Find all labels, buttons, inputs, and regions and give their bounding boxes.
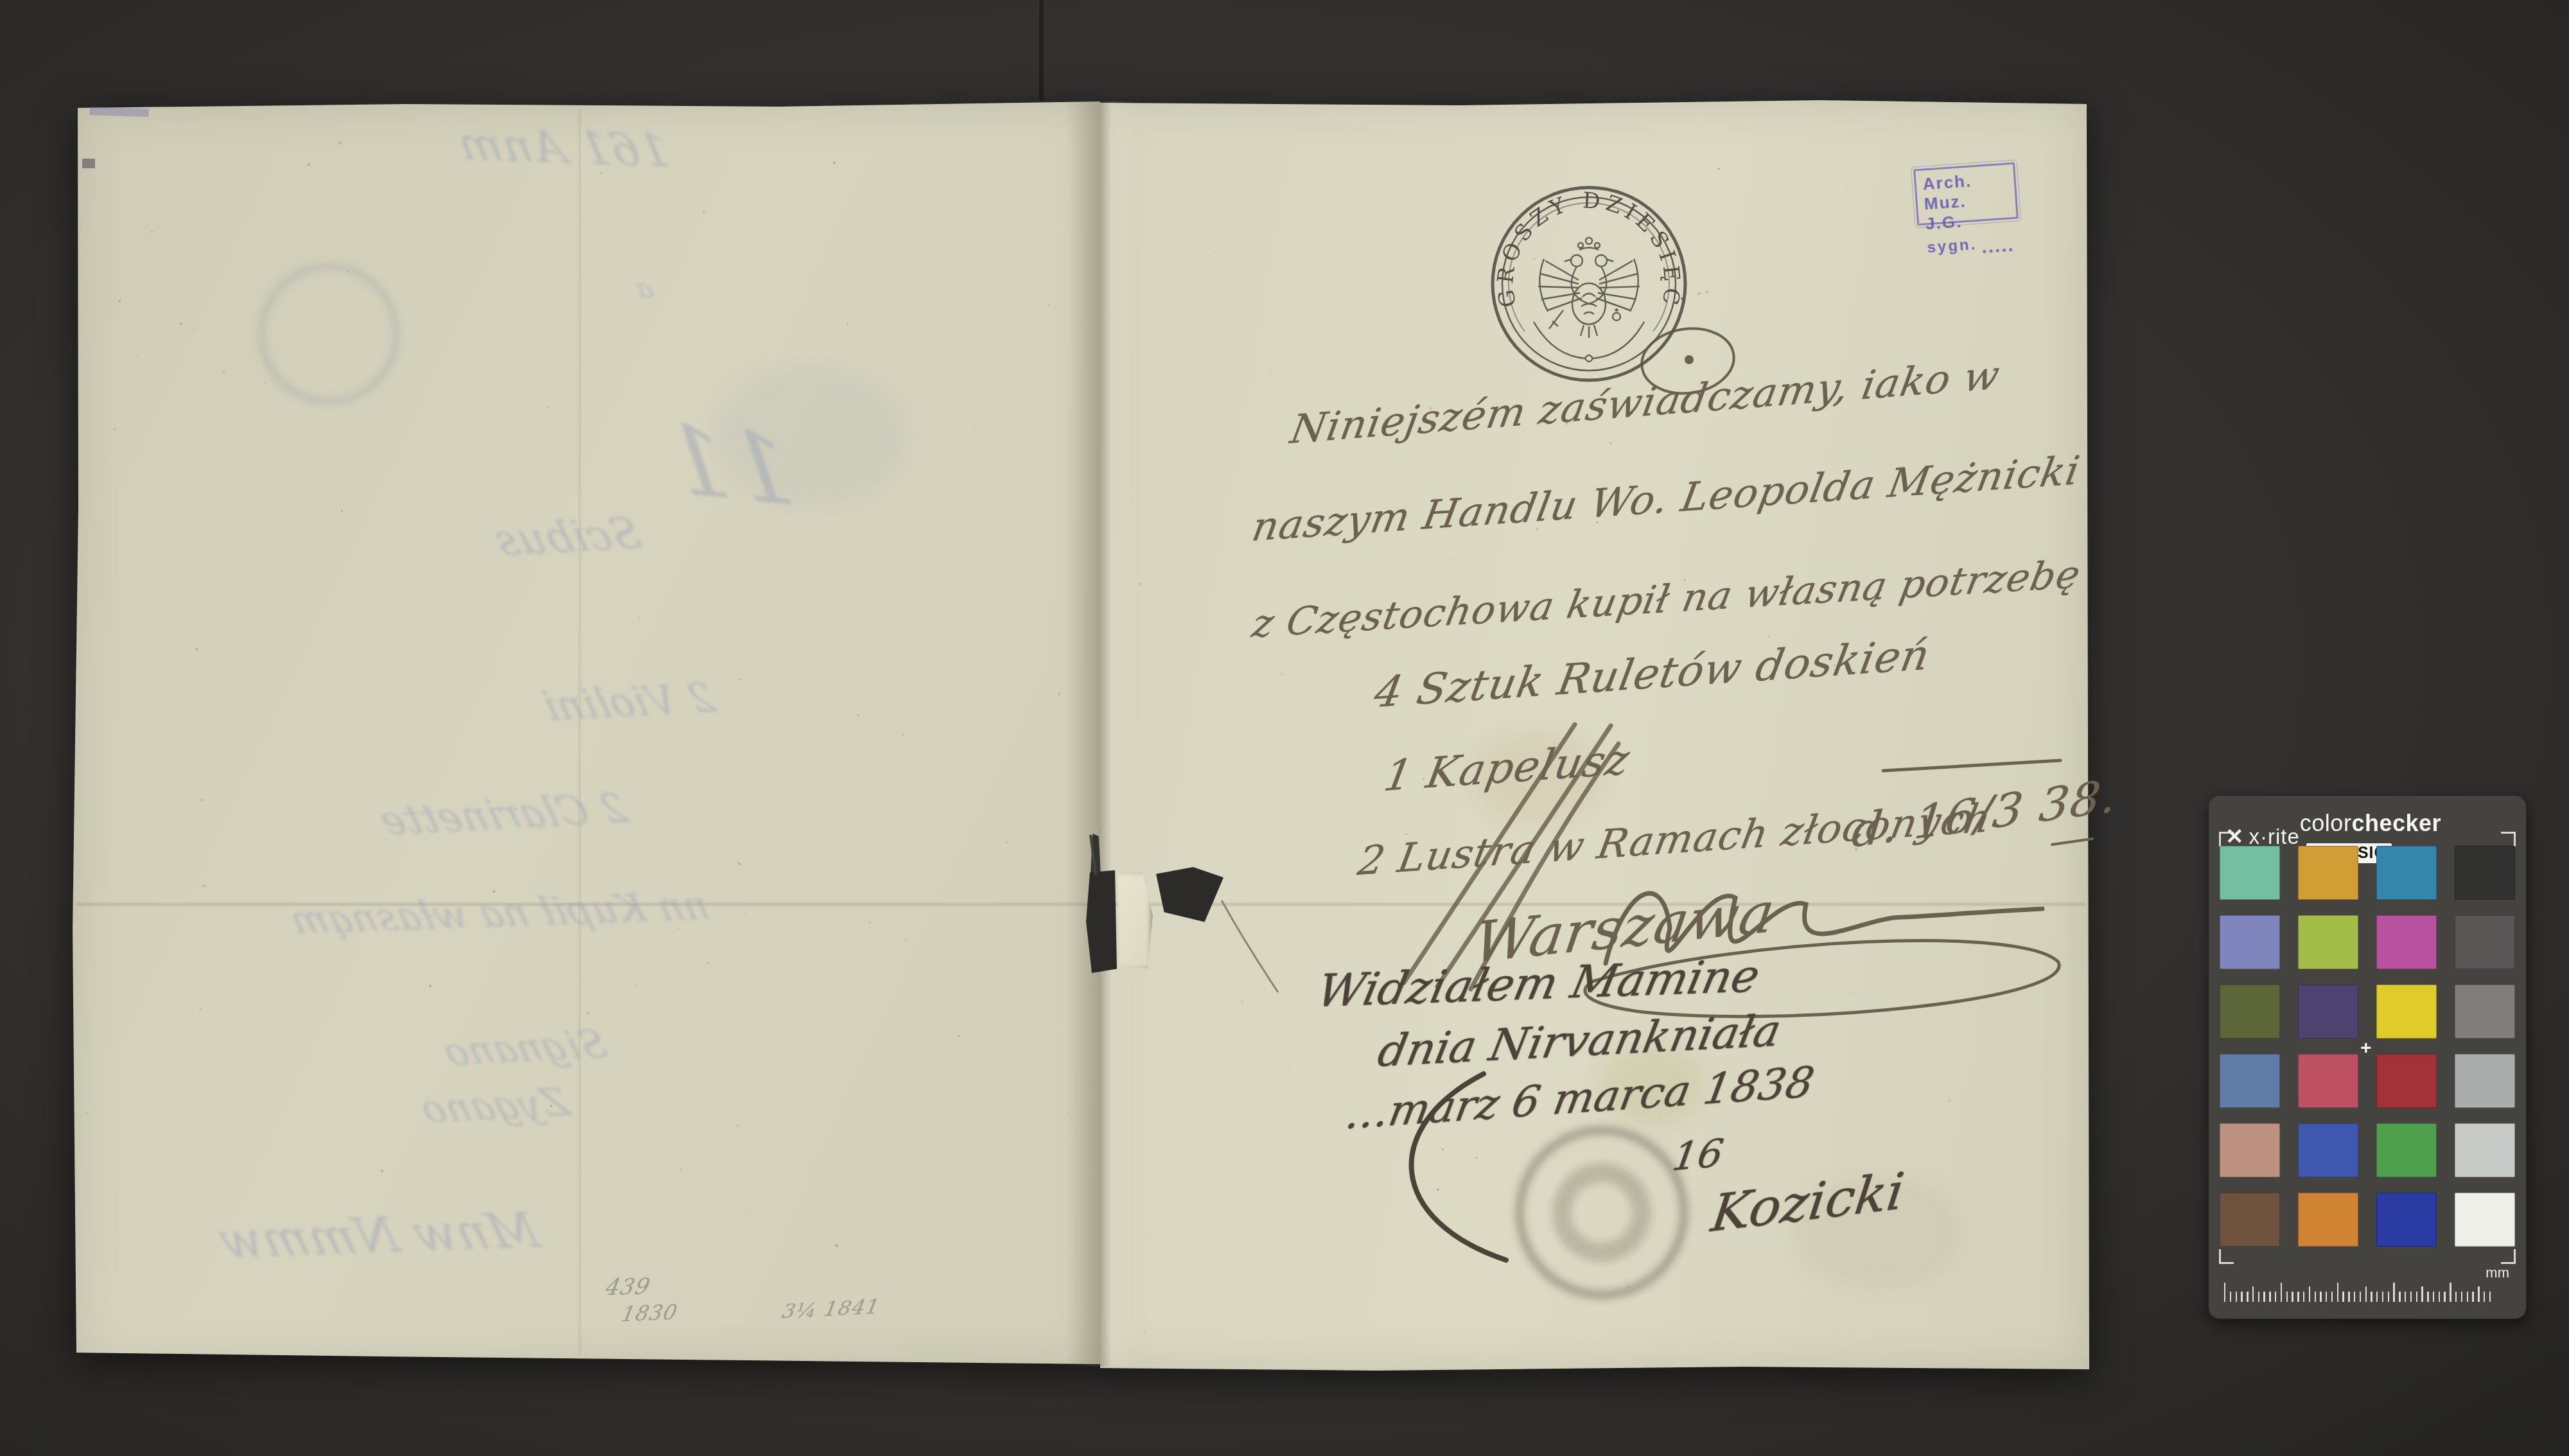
color-patch-orange	[2298, 1193, 2358, 1247]
pencil-note: 3¼ 1841	[780, 1296, 882, 1322]
ruler-tick	[2489, 1292, 2491, 1302]
paper-speck	[587, 1012, 590, 1014]
archive-stamp-line1: Arch. Muz. J.G.	[1922, 168, 2011, 234]
paper-speck	[195, 648, 198, 651]
paper-speck	[1706, 291, 1708, 293]
ruler-tick	[2467, 1292, 2468, 1302]
center-cross-mark: +	[2360, 1039, 2372, 1058]
ghost-line: 161 Anm	[453, 121, 674, 173]
scan-canvas: { "scene": { "backdrop_color": "#32312f"…	[0, 0, 2569, 1456]
ruler-tick	[2439, 1292, 2440, 1302]
ruler-tick	[2354, 1292, 2355, 1302]
corner-mark	[2501, 1249, 2516, 1264]
paper-speck	[341, 510, 343, 512]
color-patch-blue	[2376, 1193, 2437, 1247]
ruler-tick	[2427, 1292, 2428, 1302]
ghost-line: Mnw Nmmw	[213, 1206, 545, 1265]
ruler-tick	[2258, 1292, 2259, 1302]
ruler-tick	[2421, 1286, 2423, 1302]
ruler-tick	[2286, 1292, 2288, 1302]
ruler-tick	[2269, 1292, 2270, 1302]
ruler-tick	[2360, 1292, 2361, 1302]
ruler-tick	[2281, 1283, 2282, 1302]
ruler	[2224, 1279, 2494, 1302]
color-patch-moderate-red	[2298, 1054, 2358, 1108]
ruler-tick	[2433, 1292, 2434, 1302]
ghost-line: Signano	[439, 1024, 611, 1071]
color-patch-bluish-green	[2220, 846, 2280, 900]
paper-speck	[1609, 442, 1612, 444]
ruler-tick	[2247, 1292, 2248, 1302]
paper-speck	[902, 734, 904, 736]
archive-stamp: Arch. Muz. J.G. sygn.	[1913, 162, 2019, 226]
ruler-tick	[2263, 1292, 2265, 1302]
corner-mark	[2219, 832, 2234, 846]
ruler-tick	[2478, 1286, 2479, 1302]
color-patch-neutral-8	[2455, 1123, 2515, 1177]
paper-speck	[737, 1125, 739, 1127]
paper-speck	[1139, 583, 1142, 585]
ghost-line: 2 Violini	[538, 678, 720, 727]
ruler-tick	[2410, 1292, 2412, 1302]
paper-speck	[1281, 674, 1283, 675]
corner-mark	[2219, 1249, 2234, 1264]
paper-speck	[193, 328, 194, 329]
pencil-note: 439	[604, 1276, 653, 1299]
backdrop-seam	[1039, 0, 1044, 100]
color-patch-red	[2376, 1054, 2437, 1108]
fold-shadow	[1067, 101, 1139, 1367]
ruler-tick	[2444, 1292, 2445, 1302]
ruler-tick	[2230, 1292, 2231, 1302]
color-patch-green	[2376, 1123, 2437, 1177]
paper-speck	[706, 962, 708, 964]
paper-speck	[1060, 1152, 1061, 1153]
paper-speck	[639, 617, 640, 618]
ruler-tick	[2484, 1292, 2485, 1302]
color-patch-dark-skin	[2220, 1193, 2280, 1247]
color-patch-blue-sky	[2220, 1054, 2280, 1108]
ruler-tick	[2376, 1292, 2378, 1302]
ruler-tick	[2416, 1292, 2417, 1302]
color-patch-orange-yellow	[2298, 846, 2358, 900]
paper-speck	[86, 1112, 88, 1114]
ghost-line: Zygano	[416, 1083, 574, 1129]
color-patch-light-skin	[2220, 1123, 2280, 1177]
ruler-tick	[2326, 1292, 2327, 1302]
ruler-tick	[2472, 1292, 2473, 1302]
imperial-eagle	[1534, 238, 1644, 362]
ruler-tick	[2241, 1292, 2242, 1302]
paper-speck	[339, 142, 342, 145]
ruler-tick	[2275, 1292, 2276, 1302]
color-patch-neutral-3-5	[2455, 915, 2515, 969]
paper-speck	[223, 371, 224, 373]
ruler-tick	[2405, 1292, 2406, 1302]
paper-speck	[1048, 304, 1050, 306]
ruler-tick	[2315, 1292, 2316, 1302]
colorchecker-card: ✕ x·rite colorcheckerCLASSIC + mm	[2208, 795, 2527, 1319]
color-patch-black	[2455, 846, 2515, 900]
ruler-tick	[2224, 1283, 2225, 1302]
color-patch-neutral-6-5	[2455, 1054, 2515, 1108]
paper-speck	[703, 210, 705, 213]
ruler-tick	[2309, 1286, 2310, 1302]
paper-speck	[1058, 692, 1060, 695]
paper-speck	[203, 884, 206, 887]
color-patch-yellow-green	[2298, 915, 2358, 969]
color-patch-purple	[2298, 985, 2358, 1039]
color-patch-neutral-5	[2455, 985, 2515, 1039]
paper-speck	[1948, 1100, 1951, 1102]
color-patch-foliage	[2220, 985, 2280, 1039]
paper-speck	[114, 428, 116, 430]
paper-speck	[846, 322, 848, 324]
crease-vertical	[579, 109, 581, 1355]
ruler-tick	[2337, 1283, 2338, 1302]
ruler-tick	[2393, 1283, 2394, 1302]
paper-speck	[1270, 370, 1272, 371]
color-patch-yellow	[2376, 985, 2437, 1039]
paper-speck	[101, 1197, 102, 1198]
revenue-stamp: GROSZY DZIESIĘĆ	[1489, 184, 1689, 387]
ruler-tick	[2388, 1292, 2389, 1302]
ruler-tick	[2252, 1286, 2254, 1302]
ruler-tick	[2331, 1292, 2333, 1302]
ruler-tick	[2292, 1292, 2293, 1302]
paper-speck	[749, 1209, 750, 1211]
color-patch-magenta	[2376, 915, 2437, 969]
ruler-tick	[2455, 1292, 2457, 1302]
paper-speck	[151, 231, 153, 232]
ghost-line: Scibus	[489, 513, 647, 563]
paper-speck	[835, 1244, 837, 1247]
paper-speck	[1768, 635, 1771, 638]
ruler-tick	[2320, 1292, 2321, 1302]
ruler-tick	[2399, 1292, 2400, 1302]
ruler-tick	[2303, 1292, 2304, 1302]
ruler-tick	[2450, 1283, 2451, 1302]
ghost-line: 11	[660, 411, 800, 520]
archive-stamp-rule	[1982, 236, 2013, 253]
ruler-tick	[2236, 1292, 2237, 1302]
page-left	[73, 101, 1100, 1368]
color-patch-cyan	[2376, 846, 2437, 900]
paper-speck	[1717, 168, 1719, 170]
ruler-tick	[2461, 1292, 2462, 1302]
paper-speck	[958, 1035, 960, 1037]
paper-speck	[1437, 1188, 1439, 1191]
ruler-tick	[2297, 1292, 2299, 1302]
annotation-line: 16	[1670, 1134, 1726, 1177]
paper-speck	[1850, 992, 1851, 993]
color-patch-white	[2455, 1193, 2515, 1247]
pencil-note: 1830	[620, 1302, 680, 1324]
corner-mark	[2501, 832, 2516, 846]
paper-speck	[1698, 292, 1701, 295]
paper-speck	[201, 799, 203, 801]
mm-label: mm	[2486, 1265, 2509, 1281]
color-patch-purplish-blue	[2298, 1123, 2358, 1177]
ruler-tick	[2371, 1292, 2372, 1302]
paper-speck	[216, 197, 218, 198]
paper-speck	[308, 163, 310, 165]
stamp-text: GROSZY DZIESIĘĆ	[1493, 188, 1685, 311]
color-patch-blue-flower	[2220, 915, 2280, 969]
ruler-tick	[2382, 1292, 2383, 1302]
paper-speck	[547, 407, 548, 408]
ruler-tick	[2365, 1286, 2367, 1302]
ghost-line: 2 Clarinette	[374, 789, 632, 841]
ruler-tick	[2342, 1292, 2344, 1302]
ruler-tick	[2348, 1292, 2349, 1302]
